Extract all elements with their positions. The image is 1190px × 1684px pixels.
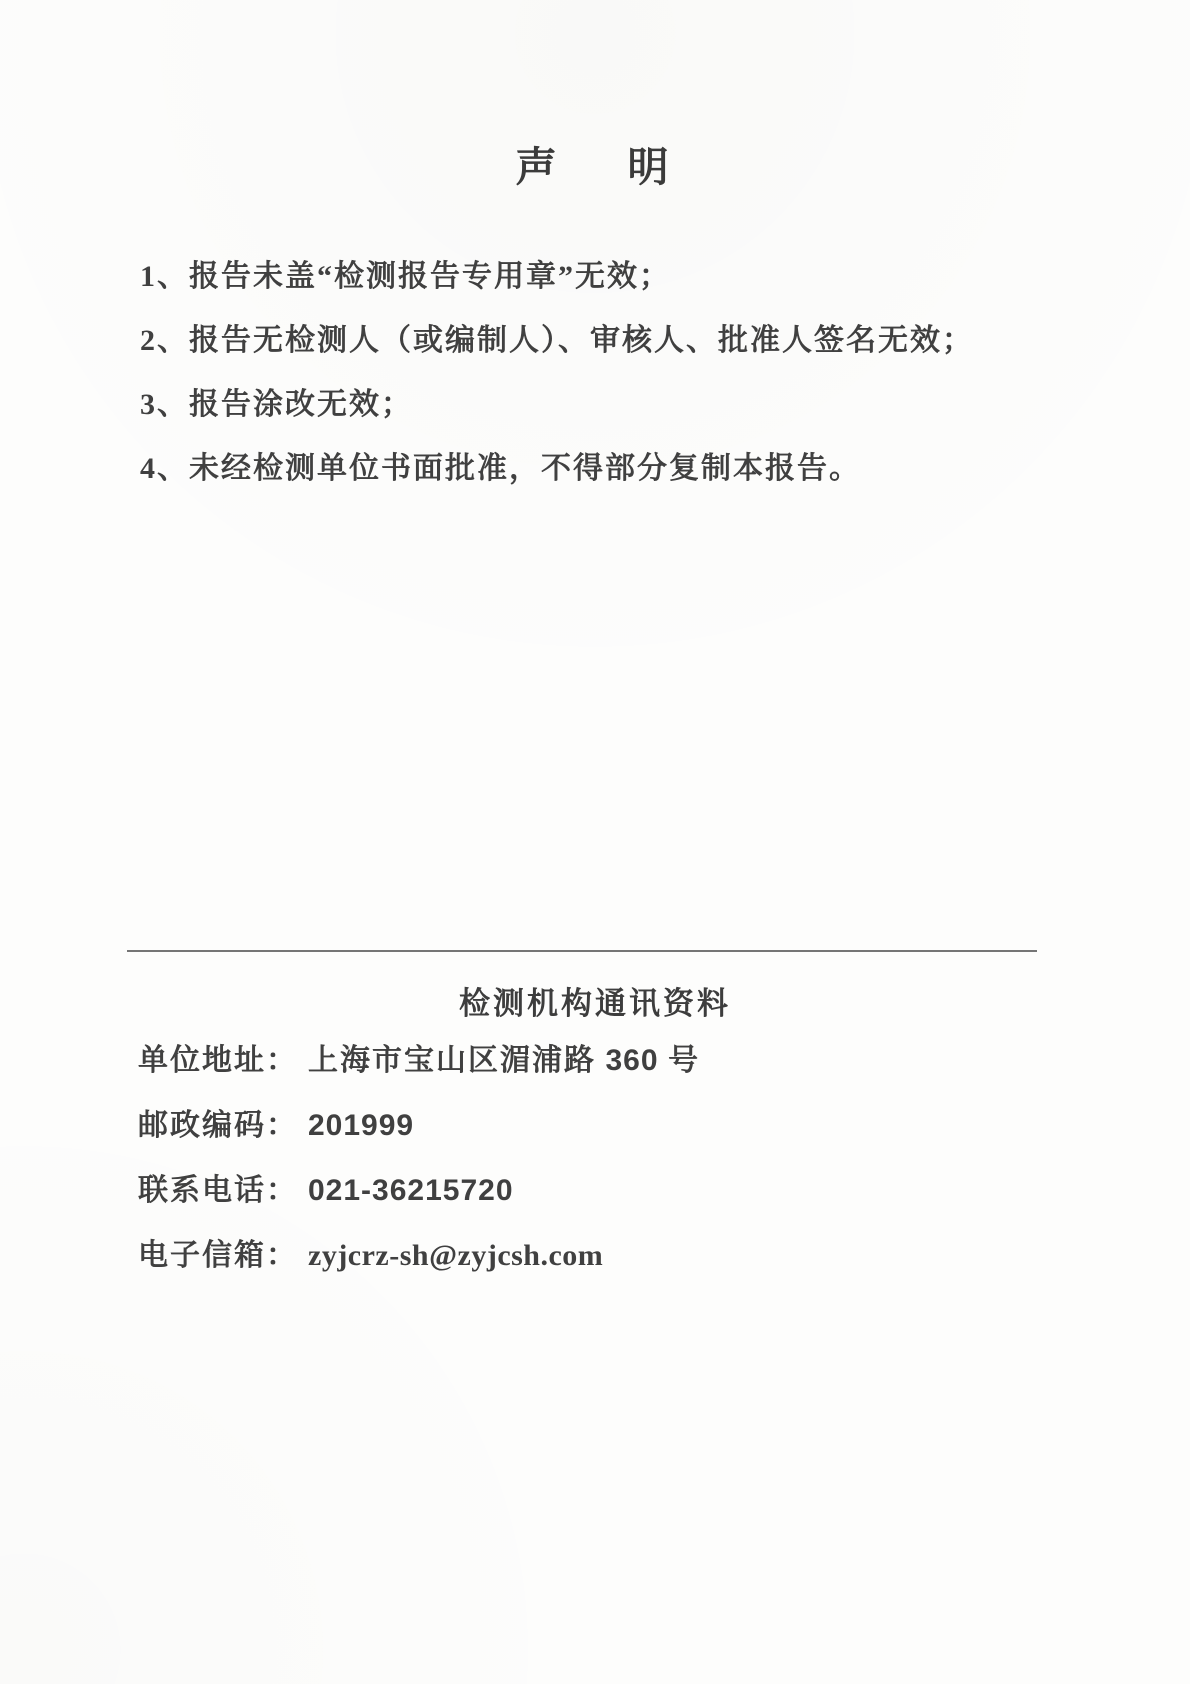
contact-row-postcode: 邮政编码：201999 <box>138 1111 1078 1141</box>
contact-row-email: 电子信箱：zyjcrz-sh@zyjcsh.com <box>138 1241 1078 1271</box>
address-label: 单位地址： <box>138 1046 298 1076</box>
postcode-label: 邮政编码： <box>138 1111 298 1141</box>
page-title: 声 明 <box>0 134 1190 193</box>
email-label: 电子信箱： <box>138 1241 298 1271</box>
contact-heading: 检测机构通讯资料 <box>0 978 1190 1023</box>
address-value-suffix: 号 <box>659 1044 701 1077</box>
contact-info-list: 单位地址：上海市宝山区湄浦路 360 号 邮政编码：201999 联系电话：02… <box>138 1046 1078 1306</box>
declaration-item-2: 2、报告无检测人（或编制人）、审核人、批准人签名无效； <box>140 326 1080 356</box>
address-value-prefix: 上海市宝山区湄浦路 <box>308 1044 606 1077</box>
address-street-number: 360 <box>606 1044 659 1077</box>
declaration-item-1: 1、报告未盖“检测报告专用章”无效； <box>140 262 1080 292</box>
section-divider <box>127 950 1037 952</box>
phone-label: 联系电话： <box>138 1176 298 1206</box>
contact-row-address: 单位地址：上海市宝山区湄浦路 360 号 <box>138 1046 1078 1076</box>
declaration-item-4: 4、未经检测单位书面批准，不得部分复制本报告。 <box>140 454 1080 484</box>
contact-row-phone: 联系电话：021-36215720 <box>138 1176 1078 1206</box>
declaration-item-3: 3、报告涂改无效； <box>140 390 1080 420</box>
document-page: 声 明 1、报告未盖“检测报告专用章”无效； 2、报告无检测人（或编制人）、审核… <box>0 0 1190 1684</box>
declarations-list: 1、报告未盖“检测报告专用章”无效； 2、报告无检测人（或编制人）、审核人、批准… <box>140 262 1080 518</box>
email-address: zyjcrz-sh@zyjcsh.com <box>308 1239 603 1272</box>
postcode-value: 201999 <box>308 1109 414 1142</box>
phone-value: 021-36215720 <box>308 1174 514 1207</box>
